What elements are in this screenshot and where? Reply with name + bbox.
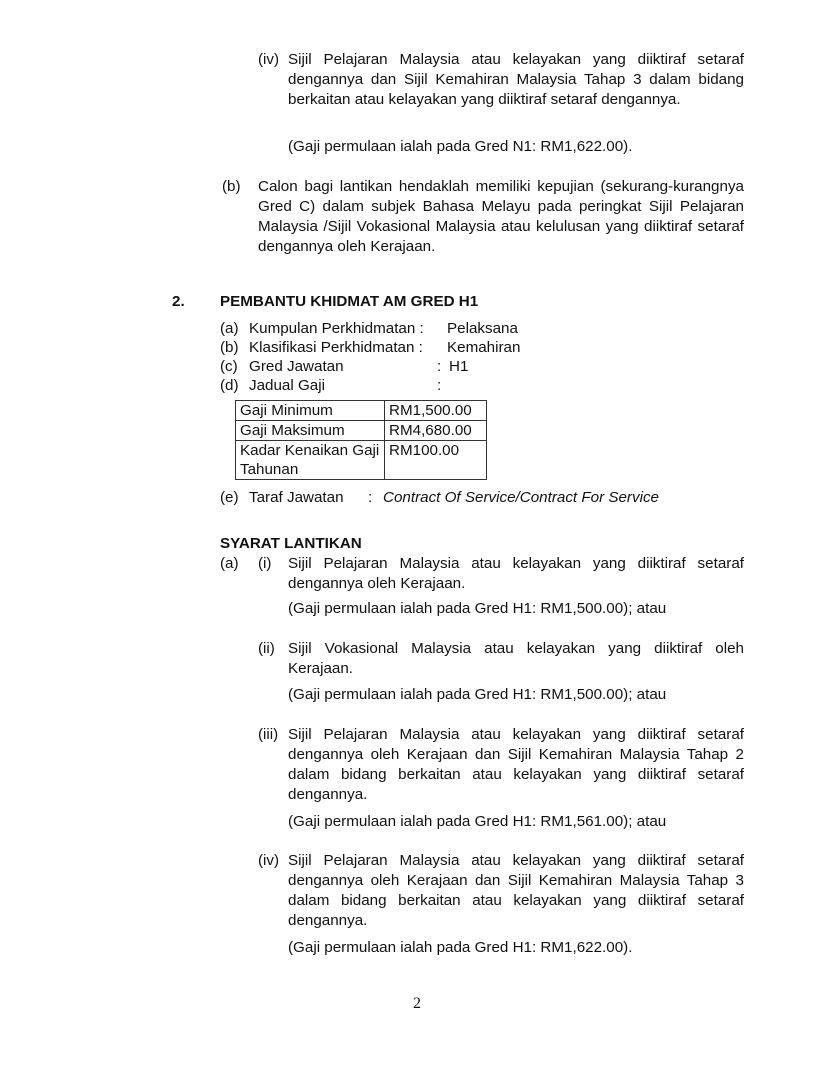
detail-marker: (d) [220, 376, 239, 396]
detail-marker: (a) [220, 319, 239, 339]
detail-label: Kumpulan Perkhidmatan : [249, 319, 424, 339]
detail-marker: (c) [220, 357, 238, 377]
detail-value: H1 [449, 357, 468, 377]
detail-value: Pelaksana [447, 319, 518, 339]
detail-label: Jadual Gaji [249, 376, 325, 396]
detail-marker: (b) [220, 338, 239, 358]
qualification-text: Sijil Vokasional Malaysia atau kelayakan… [288, 639, 744, 679]
table-row: Gaji Maksimum RM4,680.00 [236, 421, 487, 441]
list-marker: (a) [220, 554, 239, 574]
table-row: Kadar Kenaikan Gaji Tahunan RM100.00 [236, 441, 487, 480]
section-subheading: SYARAT LANTIKAN [220, 534, 362, 554]
table-row: Gaji Minimum RM1,500.00 [236, 401, 487, 421]
salary-note: (Gaji permulaan ialah pada Gred H1: RM1,… [288, 599, 666, 619]
table-cell-value: RM100.00 [385, 441, 487, 480]
salary-note: (Gaji permulaan ialah pada Gred H1: RM1,… [288, 812, 666, 832]
detail-label: Klasifikasi Perkhidmatan : [249, 338, 423, 358]
salary-note: (Gaji permulaan ialah pada Gred N1: RM1,… [288, 137, 632, 157]
detail-separator: : [437, 376, 441, 396]
section-title: PEMBANTU KHIDMAT AM GRED H1 [220, 292, 478, 312]
detail-separator: : [437, 357, 441, 377]
list-marker: (iii) [258, 725, 278, 745]
table-cell-value: RM4,680.00 [385, 421, 487, 441]
qualification-text: Sijil Pelajaran Malaysia atau kelayakan … [288, 851, 744, 931]
salary-table: Gaji Minimum RM1,500.00 Gaji Maksimum RM… [235, 400, 487, 480]
list-marker: (ii) [258, 639, 275, 659]
detail-value: Kemahiran [447, 338, 520, 358]
table-cell-value: RM1,500.00 [385, 401, 487, 421]
salary-note: (Gaji permulaan ialah pada Gred H1: RM1,… [288, 685, 666, 705]
page-number: 2 [0, 995, 834, 1013]
detail-label: Gred Jawatan [249, 357, 344, 377]
qualification-text: Sijil Pelajaran Malaysia atau kelayakan … [288, 725, 744, 805]
detail-separator: : [368, 488, 372, 508]
list-marker: (iv) [258, 50, 279, 70]
table-cell-label: Gaji Maksimum [236, 421, 385, 441]
list-marker: (iv) [258, 851, 279, 871]
table-cell-label: Gaji Minimum [236, 401, 385, 421]
qualification-text: Sijil Pelajaran Malaysia atau kelayakan … [288, 50, 744, 110]
detail-value: Contract Of Service/Contract For Service [383, 488, 659, 508]
list-marker: (b) [222, 177, 241, 197]
detail-label: Taraf Jawatan [249, 488, 344, 508]
list-marker: (i) [258, 554, 272, 574]
detail-marker: (e) [220, 488, 239, 508]
section-number: 2. [172, 292, 185, 312]
salary-note: (Gaji permulaan ialah pada Gred H1: RM1,… [288, 938, 632, 958]
qualification-text: Sijil Pelajaran Malaysia atau kelayakan … [288, 554, 744, 594]
requirement-text: Calon bagi lantikan hendaklah memiliki k… [258, 177, 744, 257]
table-cell-label: Kadar Kenaikan Gaji Tahunan [236, 441, 385, 480]
